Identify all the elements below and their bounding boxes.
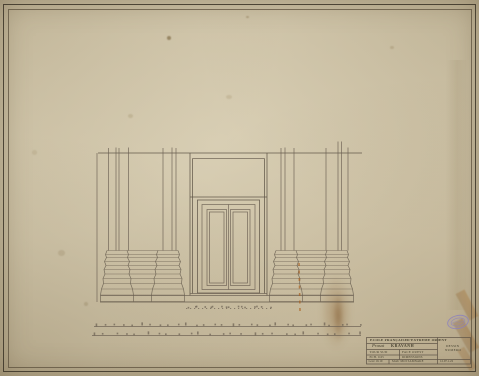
drawing-number-value: 12.97.1.22 bbox=[440, 360, 453, 363]
cell-author: MAU MOI SAMNAKE bbox=[392, 360, 424, 363]
project-name: KRAVANH bbox=[391, 345, 414, 349]
elevation-drawing bbox=[0, 0, 479, 376]
cell-tour: TOUR SUD bbox=[370, 351, 388, 354]
cell-date: Levé 19.19 bbox=[369, 360, 383, 363]
oval-stamp-icon bbox=[446, 313, 469, 330]
project-label: Prasat bbox=[372, 344, 384, 349]
drawing-sheet: ECOLE FRANÇAISE D'EXTREME ORIENT Prasat … bbox=[0, 0, 479, 376]
title-institution: ECOLE FRANÇAISE bbox=[370, 339, 407, 343]
title-institution2: D'EXTREME ORIENT bbox=[407, 339, 447, 343]
drawing-number-label2: NUMERO bbox=[445, 349, 461, 352]
cell-face: FACE OUEST bbox=[402, 351, 424, 354]
